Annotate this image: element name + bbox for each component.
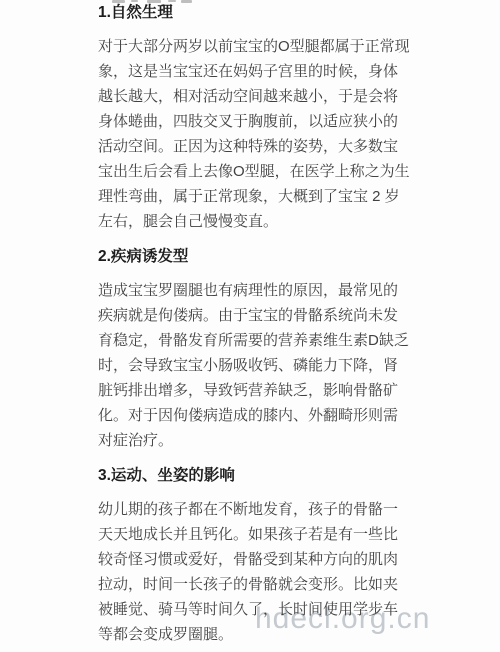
section-heading-disease-induced: 2.疾病诱发型 xyxy=(98,244,438,269)
section-body-natural-physiology: 对于大部分两岁以前宝宝的O型腿都属于正常现 象，这是当宝宝还在妈妈子宫里的时候，… xyxy=(98,34,438,234)
section-body-exercise-posture: 幼儿期的孩子都在不断地发育，孩子的骨骼一 天天地成长并且钙化。如果孩子若是有一些… xyxy=(98,497,438,647)
section-heading-natural-physiology: 1.自然生理 xyxy=(98,0,438,25)
article-content: 1.自然生理 对于大部分两岁以前宝宝的O型腿都属于正常现 象，这是当宝宝还在妈妈… xyxy=(98,0,438,647)
section-heading-exercise-posture: 3.运动、坐姿的影响 xyxy=(98,463,438,488)
section-body-disease-induced: 造成宝宝罗圈腿也有病理性的原因，最常见的 疾病就是佝偻病。由于宝宝的骨骼系统尚未… xyxy=(98,278,438,453)
article-page: hdecl.org.cn 1.自然生理 对于大部分两岁以前宝宝的O型腿都属于正常… xyxy=(0,0,500,652)
